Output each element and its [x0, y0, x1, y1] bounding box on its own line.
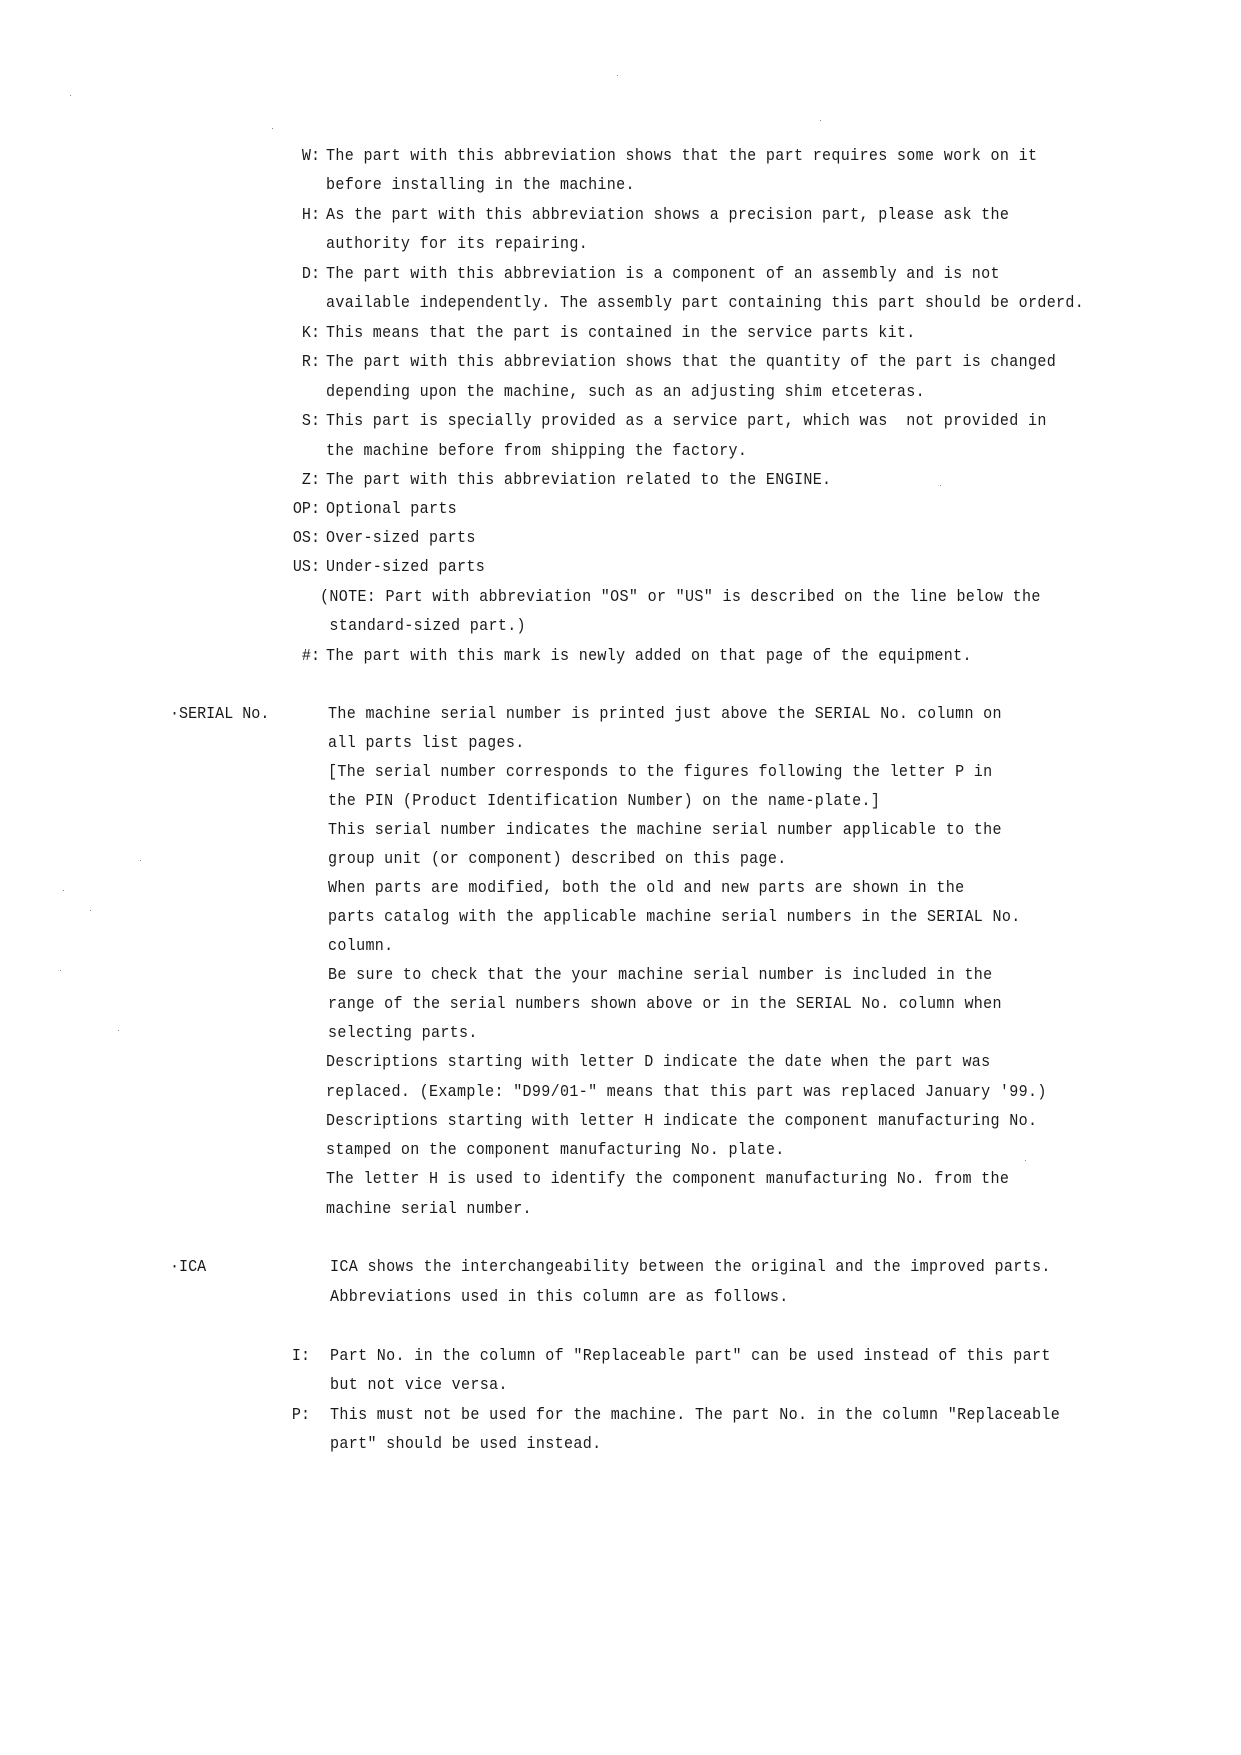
abbr-text: This means that the part is contained in… [326, 323, 916, 343]
serial-text: parts catalog with the applicable machin… [328, 907, 1021, 927]
scan-speck [63, 890, 64, 891]
abbr-text: the machine before from shipping the fac… [326, 441, 747, 461]
serial-text: selecting parts. [328, 1023, 478, 1043]
abbr-text: The part with this mark is newly added o… [326, 646, 972, 666]
document-page: W: The part with this abbreviation shows… [0, 0, 1241, 1755]
scan-speck [820, 120, 821, 121]
abbr-text: Under-sized parts [326, 557, 485, 577]
abbr-text: Optional parts [326, 499, 457, 519]
scan-speck [1025, 1160, 1026, 1161]
abbr-text: The part with this abbreviation shows th… [326, 146, 1037, 166]
ica-code-i: I: [264, 1346, 311, 1366]
abbr-code-h: H: [274, 205, 321, 225]
serial-text: machine serial number. [326, 1199, 532, 1219]
abbr-text: Over-sized parts [326, 528, 476, 548]
note-text: standard-sized part.) [320, 616, 526, 636]
abbr-text: The part with this abbreviation related … [326, 470, 831, 490]
serial-text: range of the serial numbers shown above … [328, 994, 1002, 1014]
ica-code-p: P: [264, 1405, 311, 1425]
serial-text: group unit (or component) described on t… [328, 849, 787, 869]
scan-speck [617, 75, 618, 76]
scan-speck [272, 128, 273, 129]
abbr-code-op: OP: [274, 499, 321, 519]
serial-text: Descriptions starting with letter H indi… [326, 1111, 1037, 1131]
abbr-text: The part with this abbreviation shows th… [326, 352, 1056, 372]
abbr-code-d: D: [274, 264, 321, 284]
abbr-code-r: R: [274, 352, 321, 372]
scan-speck [70, 95, 71, 96]
ica-text: Abbreviations used in this column are as… [330, 1287, 789, 1307]
scan-speck [140, 860, 141, 861]
ica-code-text: part" should be used instead. [330, 1434, 601, 1454]
serial-text: When parts are modified, both the old an… [328, 878, 964, 898]
abbr-code-s: S: [274, 411, 321, 431]
ica-code-text: but not vice versa. [330, 1375, 508, 1395]
abbr-code-z: Z: [274, 470, 321, 490]
abbr-text: available independently. The assembly pa… [326, 293, 1084, 313]
ica-code-text: Part No. in the column of "Replaceable p… [330, 1346, 1051, 1366]
serial-text: [The serial number corresponds to the fi… [328, 762, 993, 782]
abbr-text: As the part with this abbreviation shows… [326, 205, 1009, 225]
abbr-code-os: OS: [274, 528, 321, 548]
abbr-text: The part with this abbreviation is a com… [326, 264, 1000, 284]
serial-text: the PIN (Product Identification Number) … [328, 791, 880, 811]
scan-speck [60, 970, 61, 971]
serial-text: replaced. (Example: "D99/01-" means that… [326, 1082, 1047, 1102]
scan-speck [90, 910, 91, 911]
scan-speck [940, 485, 941, 486]
serial-text: all parts list pages. [328, 733, 525, 753]
abbr-code-hash: #: [274, 646, 321, 666]
abbr-code-us: US: [274, 557, 321, 577]
ica-text: ICA shows the interchangeability between… [330, 1257, 1051, 1277]
note-text: (NOTE: Part with abbreviation "OS" or "U… [320, 587, 1041, 607]
serial-text: Be sure to check that the your machine s… [328, 965, 993, 985]
serial-text: Descriptions starting with letter D indi… [326, 1052, 991, 1072]
serial-text: The machine serial number is printed jus… [328, 704, 1002, 724]
abbr-code-k: K: [274, 323, 321, 343]
abbr-code-w: W: [274, 146, 321, 166]
abbr-text: authority for its repairing. [326, 234, 588, 254]
abbr-text: This part is specially provided as a ser… [326, 411, 1047, 431]
ica-code-text: This must not be used for the machine. T… [330, 1405, 1060, 1425]
abbr-text: before installing in the machine. [326, 175, 635, 195]
serial-text: This serial number indicates the machine… [328, 820, 1002, 840]
serial-text: column. [328, 936, 394, 956]
abbr-text: depending upon the machine, such as an a… [326, 382, 925, 402]
section-label-ica: ·ICA [170, 1257, 206, 1277]
serial-text: stamped on the component manufacturing N… [326, 1140, 785, 1160]
section-label-serial: ·SERIAL No. [170, 704, 269, 724]
serial-text: The letter H is used to identify the com… [326, 1169, 1009, 1189]
scan-speck [118, 1030, 119, 1031]
